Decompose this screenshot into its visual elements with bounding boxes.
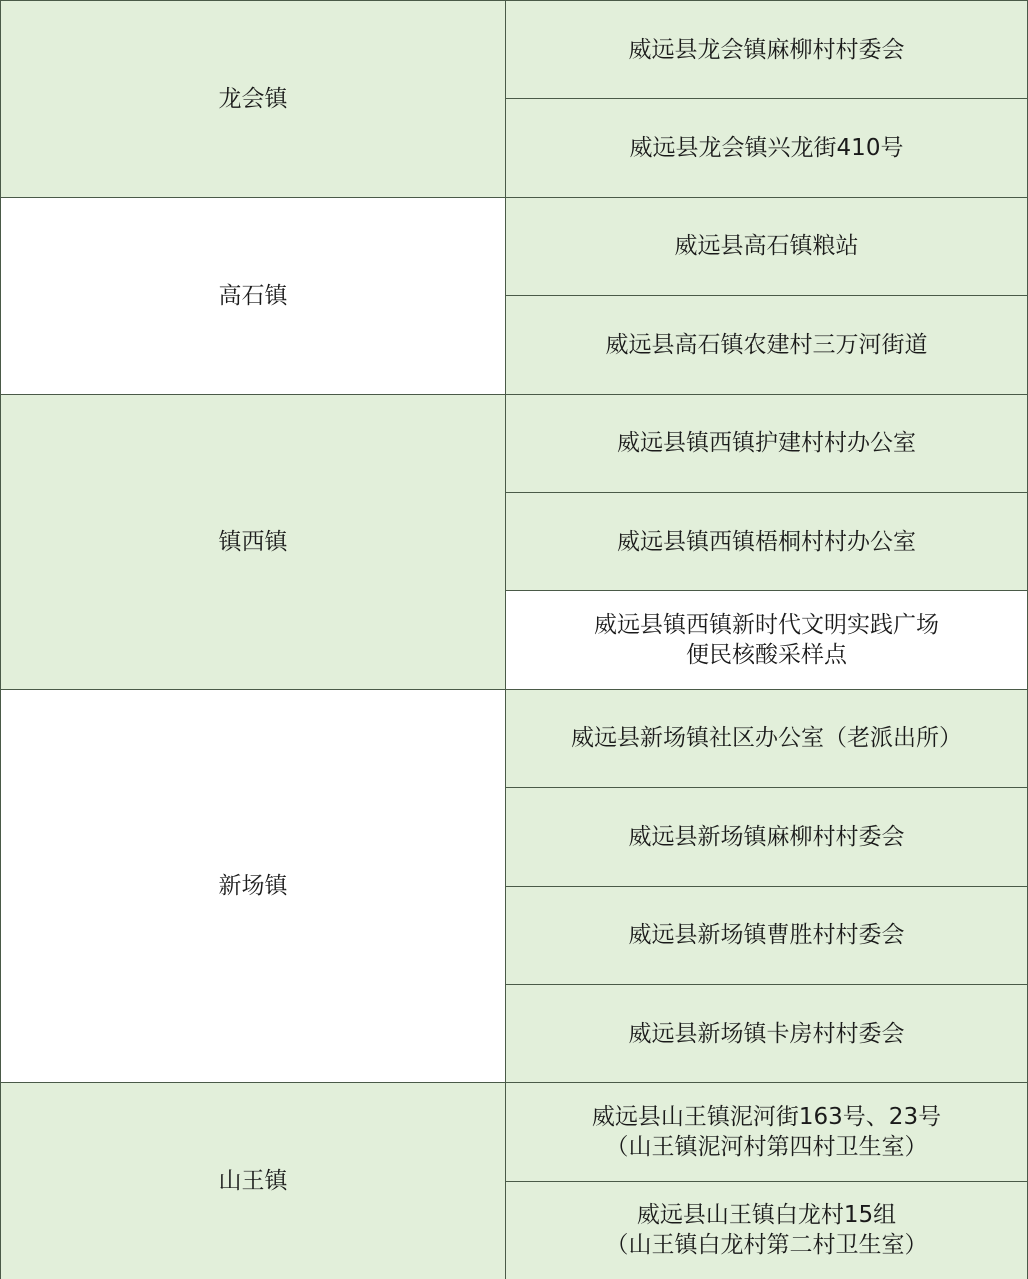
town-cell: 高石镇: [1, 197, 506, 394]
site-address: 威远县高石镇农建村三万河街道: [516, 330, 1017, 360]
table-row: 高石镇 威远县高石镇粮站: [1, 197, 1028, 295]
site-cell: 威远县新场镇社区办公室（老派出所）: [506, 689, 1028, 787]
site-address: 威远县新场镇麻柳村村委会: [516, 822, 1017, 852]
site-address: 威远县龙会镇麻柳村村委会: [516, 35, 1017, 65]
site-cell: 威远县新场镇曹胜村村委会: [506, 886, 1028, 984]
sampling-sites-table: 龙会镇 威远县龙会镇麻柳村村委会 威远县龙会镇兴龙街410号 高石镇 威远县高石…: [0, 0, 1028, 1279]
table-row: 镇西镇 威远县镇西镇护建村村办公室: [1, 394, 1028, 492]
town-cell: 镇西镇: [1, 394, 506, 689]
town-cell: 龙会镇: [1, 1, 506, 198]
site-cell: 威远县镇西镇梧桐村村办公室: [506, 492, 1028, 590]
site-cell: 威远县新场镇麻柳村村委会: [506, 788, 1028, 886]
site-address-note: 便民核酸采样点: [516, 640, 1017, 670]
town-cell: 新场镇: [1, 689, 506, 1083]
site-address: 威远县山王镇泥河街163号、23号: [516, 1102, 1017, 1132]
site-cell: 威远县高石镇农建村三万河街道: [506, 296, 1028, 394]
site-address-note: （山王镇泥河村第四村卫生室）: [516, 1132, 1017, 1162]
site-address: 威远县山王镇白龙村15组: [516, 1200, 1017, 1230]
site-address: 威远县高石镇粮站: [516, 231, 1017, 261]
site-cell: 威远县山王镇白龙村15组 （山王镇白龙村第二村卫生室）: [506, 1181, 1028, 1279]
table-row: 新场镇 威远县新场镇社区办公室（老派出所）: [1, 689, 1028, 787]
site-cell: 威远县龙会镇麻柳村村委会: [506, 1, 1028, 99]
site-address: 威远县镇西镇梧桐村村办公室: [516, 527, 1017, 557]
site-cell: 威远县镇西镇护建村村办公室: [506, 394, 1028, 492]
site-cell: 威远县新场镇卡房村村委会: [506, 984, 1028, 1082]
town-cell: 山王镇: [1, 1083, 506, 1279]
site-cell: 威远县镇西镇新时代文明实践广场 便民核酸采样点: [506, 591, 1028, 689]
table-row: 山王镇 威远县山王镇泥河街163号、23号 （山王镇泥河村第四村卫生室）: [1, 1083, 1028, 1181]
site-address: 威远县镇西镇护建村村办公室: [516, 428, 1017, 458]
site-address-note: （山王镇白龙村第二村卫生室）: [516, 1230, 1017, 1260]
site-address: 威远县新场镇曹胜村村委会: [516, 920, 1017, 950]
site-address: 威远县镇西镇新时代文明实践广场: [516, 610, 1017, 640]
site-address: 威远县龙会镇兴龙街410号: [516, 133, 1017, 163]
site-address: 威远县新场镇卡房村村委会: [516, 1019, 1017, 1049]
table-row: 龙会镇 威远县龙会镇麻柳村村委会: [1, 1, 1028, 99]
site-address: 威远县新场镇社区办公室（老派出所）: [516, 723, 1017, 753]
site-cell: 威远县山王镇泥河街163号、23号 （山王镇泥河村第四村卫生室）: [506, 1083, 1028, 1181]
site-cell: 威远县高石镇粮站: [506, 197, 1028, 295]
site-cell: 威远县龙会镇兴龙街410号: [506, 99, 1028, 197]
